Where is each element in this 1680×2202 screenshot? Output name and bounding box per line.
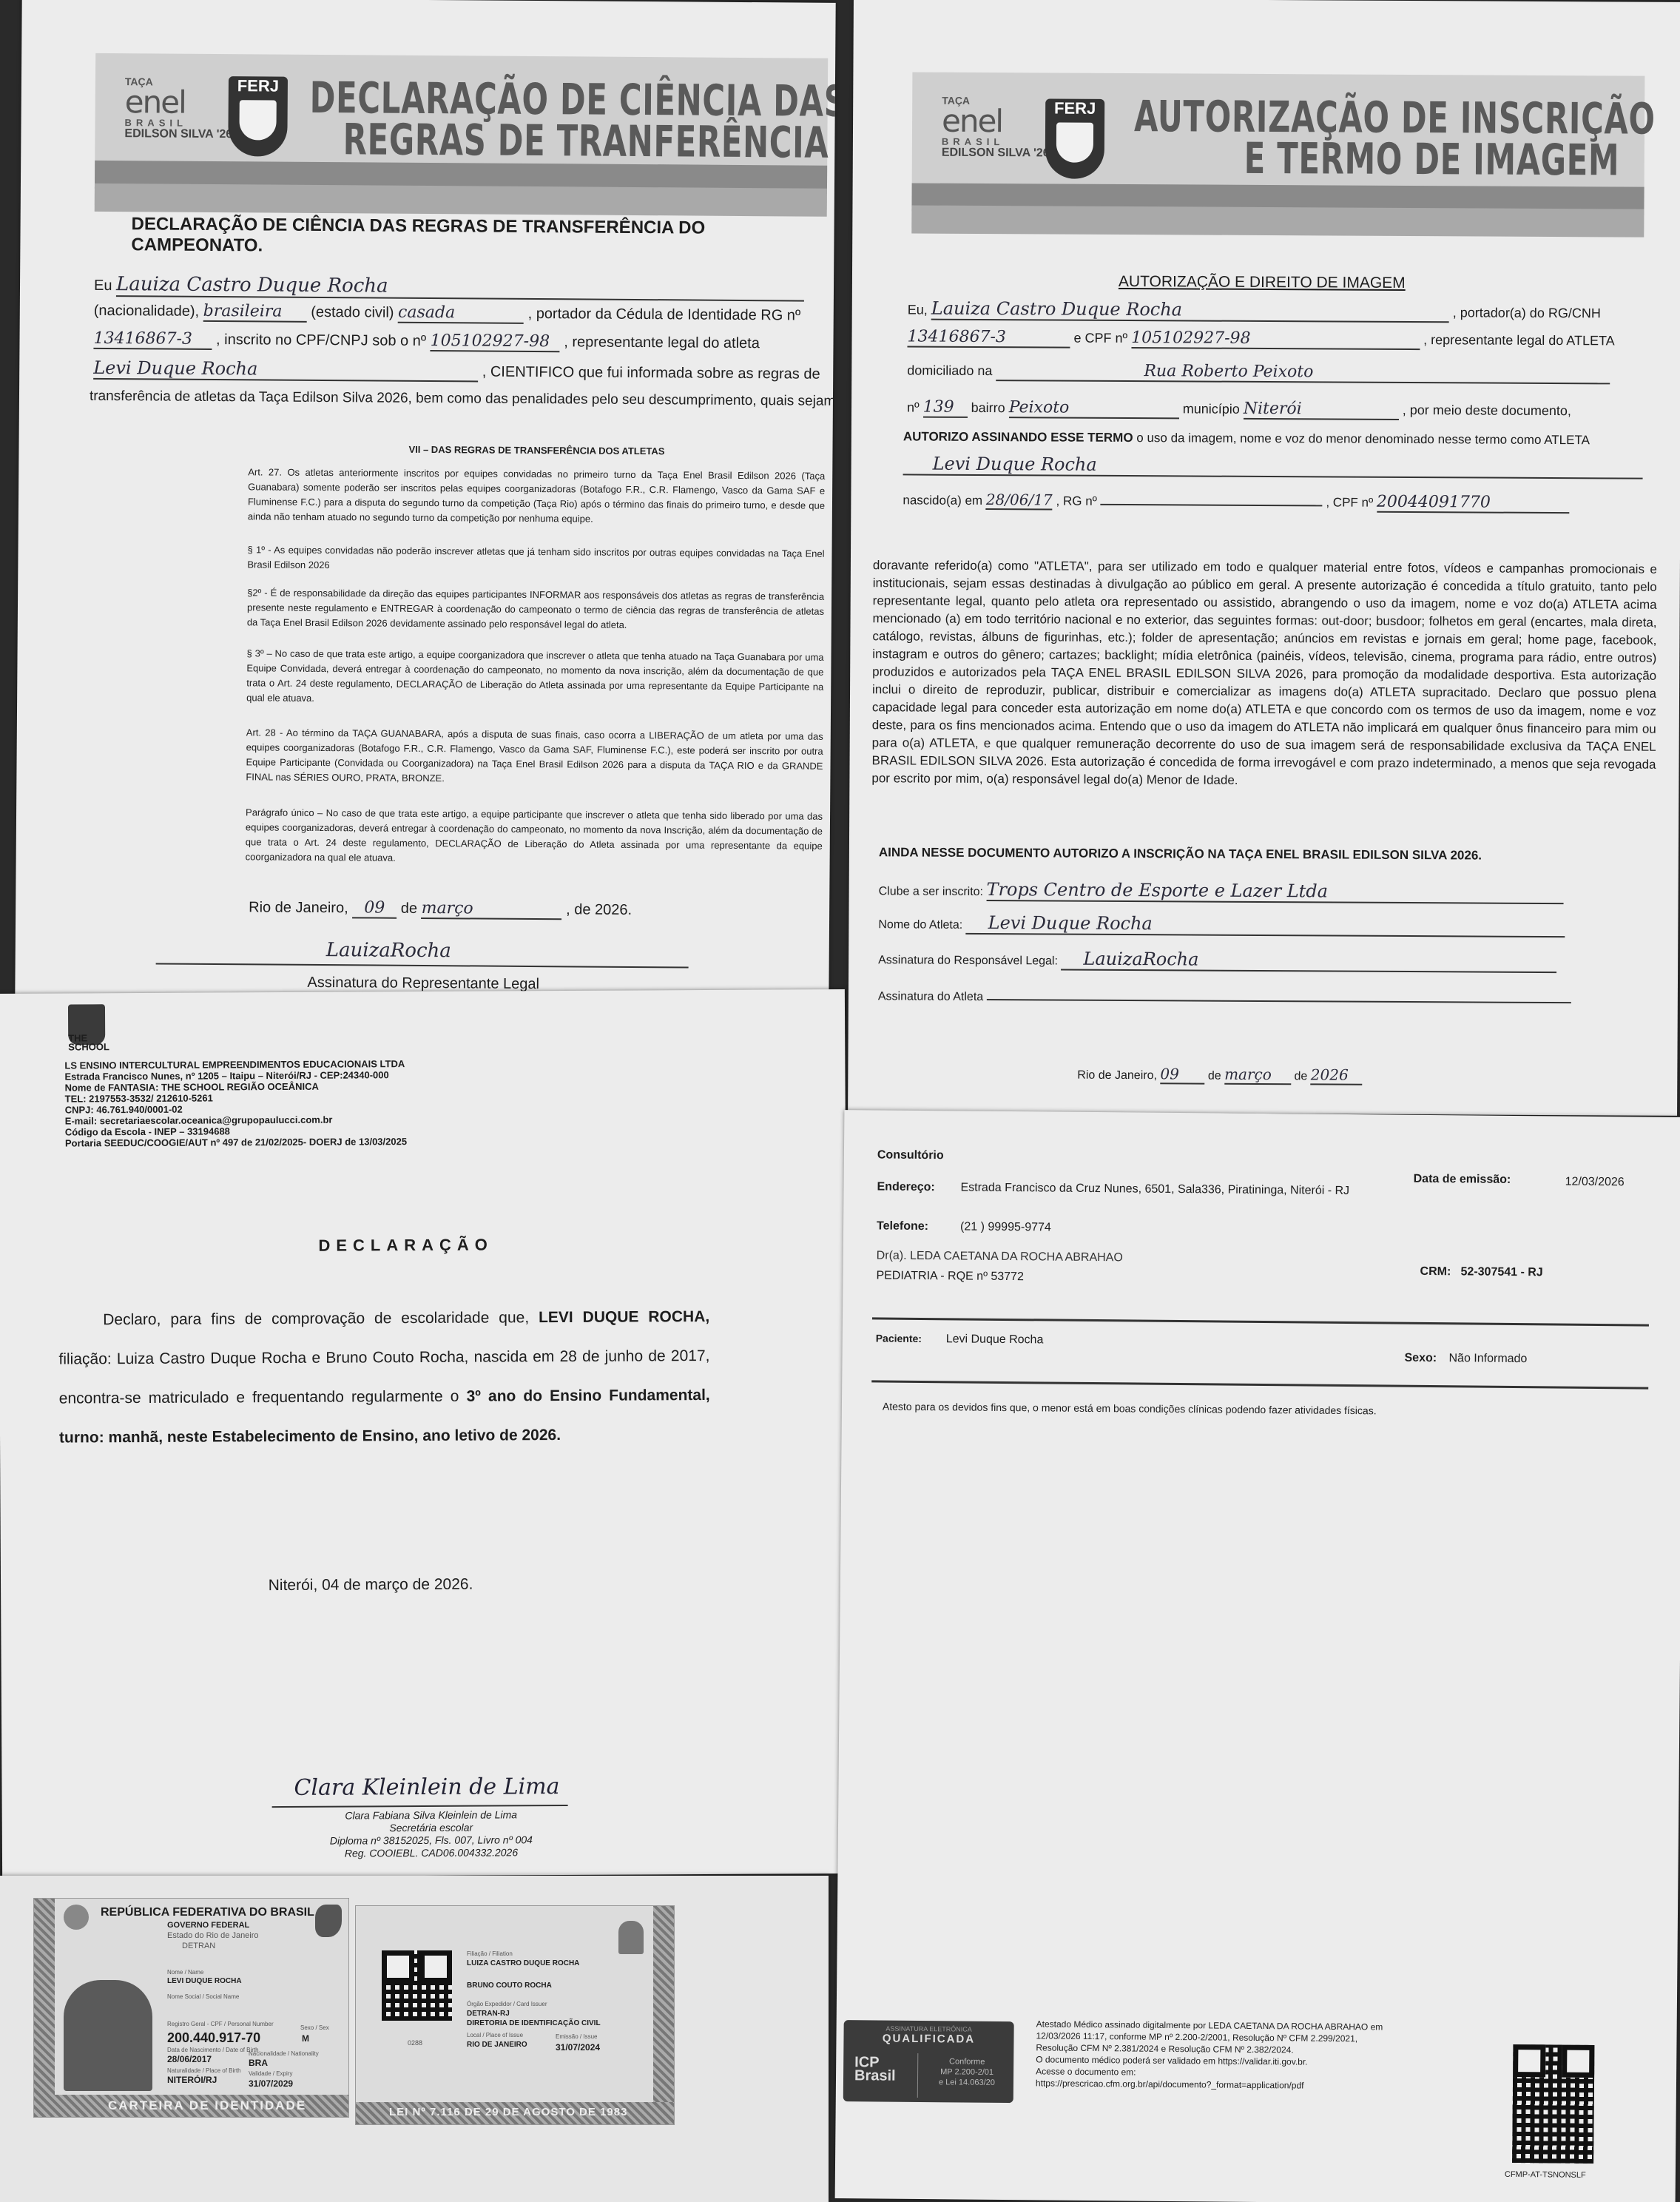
id-card-front: REPÚBLICA FEDERATIVA DO BRASIL GOVERNO F… (33, 1898, 349, 2118)
nationality-line: (nacionalidade), brasileira (estado civi… (94, 301, 801, 326)
banner-title: DECLARAÇÃO DE CIÊNCIA DAS REGRAS DE TRAN… (309, 77, 835, 164)
ferj-logo: FERJ (1045, 98, 1105, 178)
representative-signature: LauizaRocha (326, 939, 451, 962)
mother-name: LUIZA CASTRO DUQUE ROCHA (467, 1959, 579, 1967)
expiry-value: 31/07/2029 (249, 2078, 293, 2089)
sex-value: Não Informado (1448, 1352, 1527, 1366)
specialty: PEDIATRIA - RQE nº 53772 (876, 1269, 1024, 1284)
ferj-logo: FERJ (228, 76, 288, 157)
expiry-label: Validade / Expiry (249, 2070, 292, 2077)
divider (872, 1317, 1649, 1326)
cpf-field[interactable]: 105102927-98 (1131, 329, 1420, 350)
banner: TAÇA enel BRASIL EDILSON SILVA '26 FERJ … (911, 72, 1644, 231)
government: GOVERNO FEDERAL (167, 1921, 249, 1930)
school-logo: THE SCHOOL (68, 1034, 112, 1051)
birth-date-field[interactable]: 28/06/17 (986, 491, 1053, 510)
clinic-label: Consultório (877, 1148, 944, 1162)
address-label: Endereço: (877, 1180, 934, 1194)
document-heading: DECLARAÇÃO DE CIÊNCIA DAS REGRAS DE TRAN… (131, 214, 834, 260)
number-field[interactable]: 139 (923, 398, 968, 418)
social-name-label: Nome Social / Social Name (167, 1993, 239, 2000)
address-line: domiciliado na Rua Roberto Peixoto (907, 360, 1610, 384)
code: 0288 (408, 2039, 422, 2047)
issue-date: 12/03/2026 (1565, 1176, 1625, 1190)
paragrafo-unico: Parágrafo único – No caso de que trata e… (246, 805, 823, 868)
club-field[interactable]: Trops Centro de Esporte e Lazer Ltda (986, 879, 1563, 904)
identity-card-copy: REPÚBLICA FEDERATIVA DO BRASIL GOVERNO F… (0, 1876, 829, 2202)
issuer: DETRAN-RJ (467, 2010, 510, 2018)
issue-value: 31/07/2024 (556, 2042, 600, 2053)
validation-qr-code[interactable] (1512, 2044, 1594, 2164)
authorization-statement: AUTORIZO ASSINANDO ESSE TERMO o uso da i… (903, 429, 1590, 448)
country: REPÚBLICA FEDERATIVA DO BRASIL (101, 1906, 314, 1919)
guardian-signature-field[interactable]: LauizaRocha (1061, 949, 1556, 974)
guardian-signature-line: Assinatura do Responsável Legal: LauizaR… (878, 947, 1556, 973)
phone: (21 ) 99995-9774 (960, 1220, 1051, 1234)
paragraph-3: § 3º – No caso de que trata este artigo,… (246, 646, 824, 709)
qr-code (382, 1950, 452, 2021)
dob-label: Data de Nascimento / Date of Birth (167, 2047, 259, 2053)
signer-info: Clara Fabiana Silva Kleinlein de Lima Se… (224, 1808, 638, 1860)
athlete-name-field-2[interactable]: Levi Duque Rocha (966, 912, 1565, 937)
filiation-label: Filiação / Filiation (467, 1950, 513, 1957)
authorization-body: doravante referido(a) como "ATLETA", par… (871, 556, 1657, 792)
rg-field[interactable]: 13416867-3 (907, 327, 1070, 348)
sex-value: M (302, 2033, 309, 2044)
card-type: CARTEIRA DE IDENTIDADE (108, 2098, 306, 2113)
athlete-line: Levi Duque Rocha (903, 453, 1643, 479)
issue-date-label: Data de emissão: (1414, 1173, 1511, 1187)
representative-name-field[interactable]: Lauiza Castro Duque Rocha (116, 273, 804, 301)
banner-title: AUTORIZAÇÃO DE INSCRIÇÃO E TERMO DE IMAG… (1134, 95, 1656, 181)
number-district-line: nº 139 bairro Peixoto município Niterói … (907, 397, 1571, 421)
address-field[interactable]: Rua Roberto Peixoto (996, 361, 1610, 384)
small-photo (618, 1921, 644, 1954)
coat-of-arms-icon (64, 1905, 89, 1930)
athlete-signature-field[interactable] (987, 983, 1571, 1003)
art-28: Art. 28 - Ao término da TAÇA GUANABARA, … (246, 725, 823, 788)
date-day-field[interactable]: 09 (352, 898, 397, 918)
signature-line: Clara Kleinlein de Lima (271, 1768, 567, 1808)
signature-line[interactable]: LauizaRocha (156, 937, 689, 968)
place-value: RIO DE JANEIRO (467, 2041, 527, 2049)
declaration-body: Declaro, para fins de comprovação de esc… (58, 1297, 710, 1458)
birth-line: nascido(a) em 28/06/17 , RG nº , CPF nº … (903, 490, 1569, 514)
document-link[interactable]: https://prescricao.cfm.org.br/api/docume… (1036, 2077, 1383, 2092)
name-value: LEVI DUQUE ROCHA (167, 1977, 242, 1985)
paragraph-2: §2º - É de responsabilidade da direção d… (247, 585, 824, 633)
nationality-value: BRA (249, 2058, 268, 2068)
dob-value: 28/06/2017 (167, 2054, 212, 2064)
doctor-name: Dr(a). LEDA CAETANA DA ROCHA ABRAHAO (877, 1249, 1123, 1265)
digital-signature-text: Atestado Médico assinado digitalmente po… (1036, 2018, 1383, 2092)
patient-name: Levi Duque Rocha (946, 1333, 1044, 1347)
section-title: VII – DAS REGRAS DE TRANSFERÊNCIA DOS AT… (248, 441, 825, 459)
declaration-date: Niterói, 04 de março de 2026. (1, 1575, 741, 1596)
nationality-field[interactable]: brasileira (203, 302, 307, 323)
address: Estrada Francisco da Cruz Nunes, 6501, S… (960, 1181, 1349, 1198)
transfer-rules-declaration: TAÇA enel BRASIL EDILSON SILVA '26 FERJ … (15, 0, 835, 1006)
rg-cpf-line: 13416867-3 , inscrito no CPF/CNPJ sob o … (93, 329, 760, 354)
icp-brasil-logo: ICP Brasil (854, 2055, 891, 2082)
issue-label: Emissão / Issue (556, 2033, 597, 2040)
date-month-field[interactable]: março (1224, 1065, 1291, 1085)
athlete-name-field[interactable]: Levi Duque Rocha (93, 357, 478, 383)
date-day-field[interactable]: 09 (1160, 1065, 1204, 1084)
secretary-signature: Clara Kleinlein de Lima (294, 1774, 559, 1801)
crm-label: CRM: (1420, 1265, 1451, 1279)
athlete-signature-line: Assinatura do Atleta (878, 982, 1571, 1007)
date-year-field[interactable]: 2026 (1311, 1065, 1363, 1085)
school-enrollment-declaration: THE SCHOOL LS ENSINO INTERCULTURAL EMPRE… (0, 989, 849, 1878)
name-line: Eu, Lauiza Castro Duque Rocha , portador… (908, 297, 1601, 323)
cpf-label: Registro Geral - CPF / Personal Number (167, 2021, 274, 2027)
photo (64, 1980, 152, 2091)
inscription-heading: AINDA NESSE DOCUMENTO AUTORIZO A INSCRIÇ… (879, 845, 1482, 863)
club-line: Clube a ser inscrito: Trops Centro de Es… (879, 878, 1564, 904)
nationality-label: Nacionalidade / Nationality (249, 2050, 319, 2057)
cpf-field[interactable]: 105102927-98 (431, 331, 560, 352)
qualified-signature-badge: ASSINATURA ELETRÔNICA QUALIFICADA ICP Br… (843, 2020, 1014, 2103)
declaration-title: DECLARAÇÃO (0, 1233, 813, 1257)
athlete-name-line: Nome do Atleta: Levi Duque Rocha (878, 912, 1565, 937)
pob-label: Naturalidade / Place of Birth (167, 2067, 241, 2074)
patient-label: Paciente: (876, 1332, 922, 1344)
signature-label: Assinatura do Representante Legal (307, 974, 539, 993)
crm: 52-307541 - RJ (1460, 1265, 1542, 1279)
pob-value: NITERÓI/RJ (167, 2075, 217, 2085)
banner: TAÇA enel BRASIL EDILSON SILVA '26 FERJ … (95, 53, 828, 210)
issuer-division: DIRETORIA DE IDENTIFICAÇÃO CIVIL (467, 2019, 601, 2027)
father-name: BRUNO COUTO ROCHA (467, 1982, 552, 1990)
date-line: Rio de Janeiro, 09 de março de 2026 (1077, 1065, 1363, 1085)
athlete-rg-field[interactable] (1101, 504, 1323, 507)
id-card-back: Filiação / Filiation LUIZA CASTRO DUQUE … (355, 1905, 675, 2125)
cpf-value: 200.440.917-70 (167, 2030, 260, 2046)
sex-label: Sexo / Sex (300, 2024, 329, 2031)
school-header: LS ENSINO INTERCULTURAL EMPREENDIMENTOS … (64, 1058, 407, 1148)
brazil-map-icon (315, 1905, 342, 1937)
taca-enel-logo: TAÇA enel BRASIL EDILSON SILVA '26 (942, 95, 1053, 160)
municipality-field[interactable]: Niterói (1244, 400, 1399, 420)
agency: DETRAN (182, 1942, 215, 1950)
marital-status-field[interactable]: casada (398, 303, 524, 324)
medical-certificate: Consultório Data de emissão: 12/03/2026 … (835, 1110, 1680, 2202)
law-reference: LEI Nº 7.116 DE 29 DE AGOSTO DE 1983 (389, 2106, 627, 2118)
date-month-field[interactable]: março (422, 899, 562, 920)
name-label: Nome / Name (167, 1969, 203, 1976)
art-27: Art. 27. Os atletas anteriormente inscri… (248, 465, 826, 528)
district-field[interactable]: Peixoto (1009, 398, 1179, 419)
document-heading: AUTORIZAÇÃO E DIREITO DE IMAGEM (1119, 273, 1406, 292)
representative-name-field[interactable]: Lauiza Castro Duque Rocha (931, 298, 1449, 323)
sex-label: Sexo: (1404, 1352, 1437, 1365)
qr-code-id: CFMP-AT-TSNONSLF (1505, 2170, 1586, 2180)
athlete-name-field[interactable]: Levi Duque Rocha (903, 453, 1643, 479)
paragraph-1: § 1º - As equipes convidadas não poderão… (247, 542, 824, 576)
taca-enel-logo: TAÇA enel BRASIL EDILSON SILVA '26 (124, 75, 236, 141)
divider (871, 1380, 1648, 1389)
phone-label: Telefone: (877, 1219, 928, 1233)
image-authorization-form: TAÇA enel BRASIL EDILSON SILVA '26 FERJ … (848, 0, 1680, 1116)
athlete-line: Levi Duque Rocha , CIENTIFICO que fui in… (93, 357, 820, 385)
transfer-statement: transferência de atletas da Taça Edilson… (90, 388, 836, 410)
athlete-cpf-field[interactable]: 20044091770 (1377, 493, 1569, 514)
issuer-label: Órgão Expedidor / Card Issuer (467, 2001, 547, 2007)
place-label: Local / Place of Issue (467, 2032, 523, 2038)
date-line: Rio de Janeiro, 09 de março , de 2026. (249, 898, 632, 920)
name-line: Eu Lauiza Castro Duque Rocha (94, 273, 804, 302)
rg-field[interactable]: 13416867-3 (93, 329, 212, 350)
rg-cpf-line: 13416867-3 e CPF nº 105102927-98 , repre… (907, 327, 1614, 351)
state: Estado do Rio de Janeiro (167, 1931, 259, 1940)
attestation-text: Atesto para os devidos fins que, o menor… (883, 1401, 1377, 1417)
